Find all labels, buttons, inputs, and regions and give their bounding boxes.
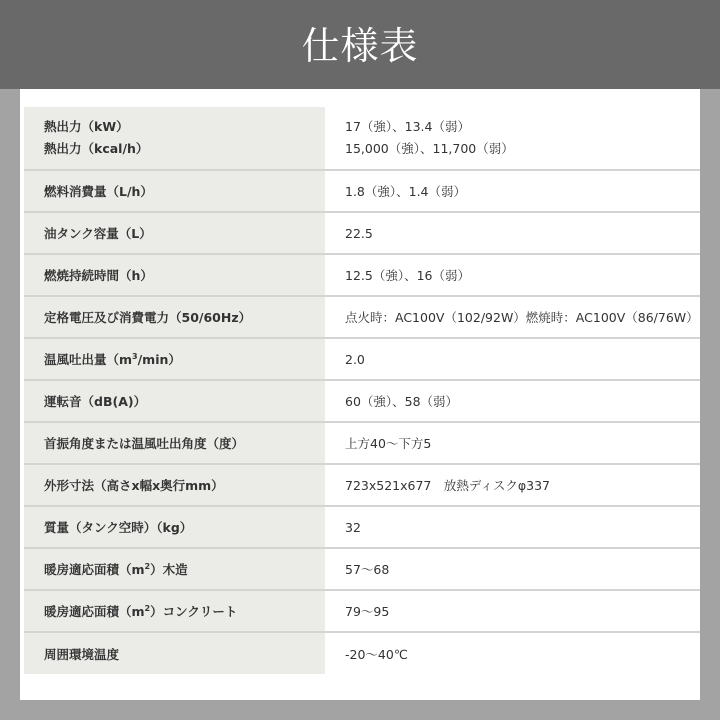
row-value: 32 [325,506,700,548]
value-heat-output-kw: 17（強）、13.4（弱） [345,116,700,138]
row-value: 57～68 [325,548,700,590]
row-value: -20～40℃ [325,632,700,674]
row-label: 質量（タンク空時）（kg） [24,506,325,548]
table-row-weight: 質量（タンク空時）（kg） 32 [24,506,700,548]
label-text: ）コンクリート [150,604,237,619]
table-row-heating-area-wood: 暖房適応面積（m2）木造 57～68 [24,548,700,590]
table-row-tank-capacity: 油タンク容量（L） 22.5 [24,212,700,254]
label-heat-output-kcal: 熱出力（kcal/h） [44,138,325,160]
spec-table: 熱出力（kW） 熱出力（kcal/h） 17（強）、13.4（弱） 15,000… [24,107,700,674]
label-heat-output-kw: 熱出力（kW） [44,116,325,138]
label-text: 暖房適応面積（m [44,562,145,577]
row-label: 定格電圧及び消費電力（50/60Hz） [24,296,325,338]
row-value: 12.5（強）、16（弱） [325,254,700,296]
row-label: 外形寸法（高さx幅x奥行mm） [24,464,325,506]
row-value: 17（強）、13.4（弱） 15,000（強）、11,700（弱） [325,107,700,170]
table-row-burn-duration: 燃焼持続時間（h） 12.5（強）、16（弱） [24,254,700,296]
row-value: 60（強）、58（弱） [325,380,700,422]
value-heat-output-kcal: 15,000（強）、11,700（弱） [345,138,700,160]
title-banner: 仕様表 [0,0,720,89]
row-value: 2.0 [325,338,700,380]
page-title: 仕様表 [301,15,418,70]
table-row-rated-voltage-power: 定格電圧及び消費電力（50/60Hz） 点火時：AC100V（102/92W）燃… [24,296,700,338]
row-label: 周囲環境温度 [24,632,325,674]
label-text: ）木造 [150,562,188,577]
label-text: 暖房適応面積（m [44,604,145,619]
row-value: 79～95 [325,590,700,632]
label-text: 温風吐出量（m [44,352,132,367]
row-label: 燃焼持続時間（h） [24,254,325,296]
row-label: 暖房適応面積（m2）コンクリート [24,590,325,632]
table-row-noise: 運転音（dB(A)） 60（強）、58（弱） [24,380,700,422]
spec-panel: 熱出力（kW） 熱出力（kcal/h） 17（強）、13.4（弱） 15,000… [20,89,700,700]
table-row-swing-angle: 首振角度または温風吐出角度（度） 上方40～下方5 [24,422,700,464]
table-row-heating-area-concrete: 暖房適応面積（m2）コンクリート 79～95 [24,590,700,632]
row-value: 上方40～下方5 [325,422,700,464]
row-value: 1.8（強）、1.4（弱） [325,170,700,212]
row-label: 首振角度または温風吐出角度（度） [24,422,325,464]
table-row-fuel-consumption: 燃料消費量（L/h） 1.8（強）、1.4（弱） [24,170,700,212]
row-label: 運転音（dB(A)） [24,380,325,422]
row-label: 燃料消費量（L/h） [24,170,325,212]
table-row-dimensions: 外形寸法（高さx幅x奥行mm） 723x521x677 放熱ディスクφ337 [24,464,700,506]
label-text: /min） [138,352,181,367]
table-row-heat-output: 熱出力（kW） 熱出力（kcal/h） 17（強）、13.4（弱） 15,000… [24,107,700,170]
row-value: 点火時：AC100V（102/92W）燃焼時：AC100V（86/76W） [325,296,700,338]
table-row-ambient-temperature: 周囲環境温度 -20～40℃ [24,632,700,674]
row-label: 熱出力（kW） 熱出力（kcal/h） [24,107,325,170]
row-value: 723x521x677 放熱ディスクφ337 [325,464,700,506]
row-label: 油タンク容量（L） [24,212,325,254]
row-label: 暖房適応面積（m2）木造 [24,548,325,590]
row-value: 22.5 [325,212,700,254]
table-row-airflow: 温風吐出量（m3/min） 2.0 [24,338,700,380]
row-label: 温風吐出量（m3/min） [24,338,325,380]
